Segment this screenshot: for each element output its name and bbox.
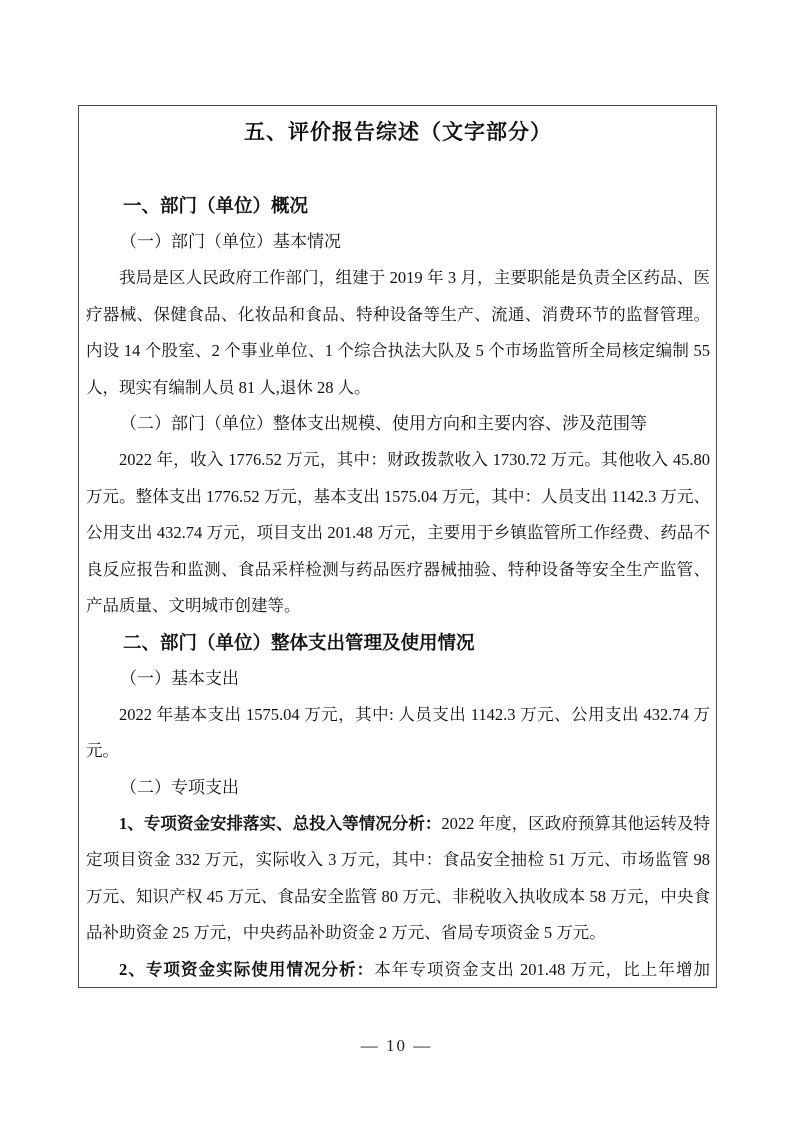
- subsection-heading-2-2: （二）专项支出: [86, 770, 710, 806]
- paragraph-lead-1: 1、专项资金安排落实、总投入等情况分析：: [119, 814, 441, 833]
- paragraph-special-funds-arrangement: 1、专项资金安排落实、总投入等情况分析：2022 年度，区政府预算其他运转及特定…: [86, 806, 710, 952]
- paragraph-lead-2: 2、专项资金实际使用情况分析：: [119, 960, 374, 979]
- section-heading-2: 二、部门（单位）整体支出管理及使用情况: [86, 625, 710, 661]
- report-border-box: 五、评价报告综述（文字部分） 一、部门（单位）概况 （一）部门（单位）基本情况 …: [78, 105, 717, 988]
- paragraph-basic-expenditure: 2022 年基本支出 1575.04 万元，其中: 人员支出 1142.3 万元…: [86, 697, 710, 770]
- section-heading-1: 一、部门（单位）概况: [86, 188, 710, 224]
- subsection-heading-1-2: （二）部门（单位）整体支出规模、使用方向和主要内容、涉及范围等: [86, 406, 710, 442]
- page-title: 五、评价报告综述（文字部分）: [86, 118, 710, 148]
- subsection-heading-2-1: （一）基本支出: [86, 661, 710, 697]
- paragraph-overall-expenditure: 2022 年，收入 1776.52 万元，其中：财政拨款收入 1730.72 万…: [86, 442, 710, 625]
- subsection-heading-1-1: （一）部门（单位）基本情况: [86, 224, 710, 260]
- paragraph-department-overview: 我局是区人民政府工作部门，组建于 2019 年 3 月，主要职能是负责全区药品、…: [86, 260, 710, 406]
- paragraph-special-funds-usage: 2、专项资金实际使用情况分析：本年专项资金支出 201.48 万元，比上年增加 …: [86, 952, 710, 989]
- document-page: 五、评价报告综述（文字部分） 一、部门（单位）概况 （一）部门（单位）基本情况 …: [0, 0, 793, 1122]
- page-number: — 10 —: [0, 1036, 793, 1056]
